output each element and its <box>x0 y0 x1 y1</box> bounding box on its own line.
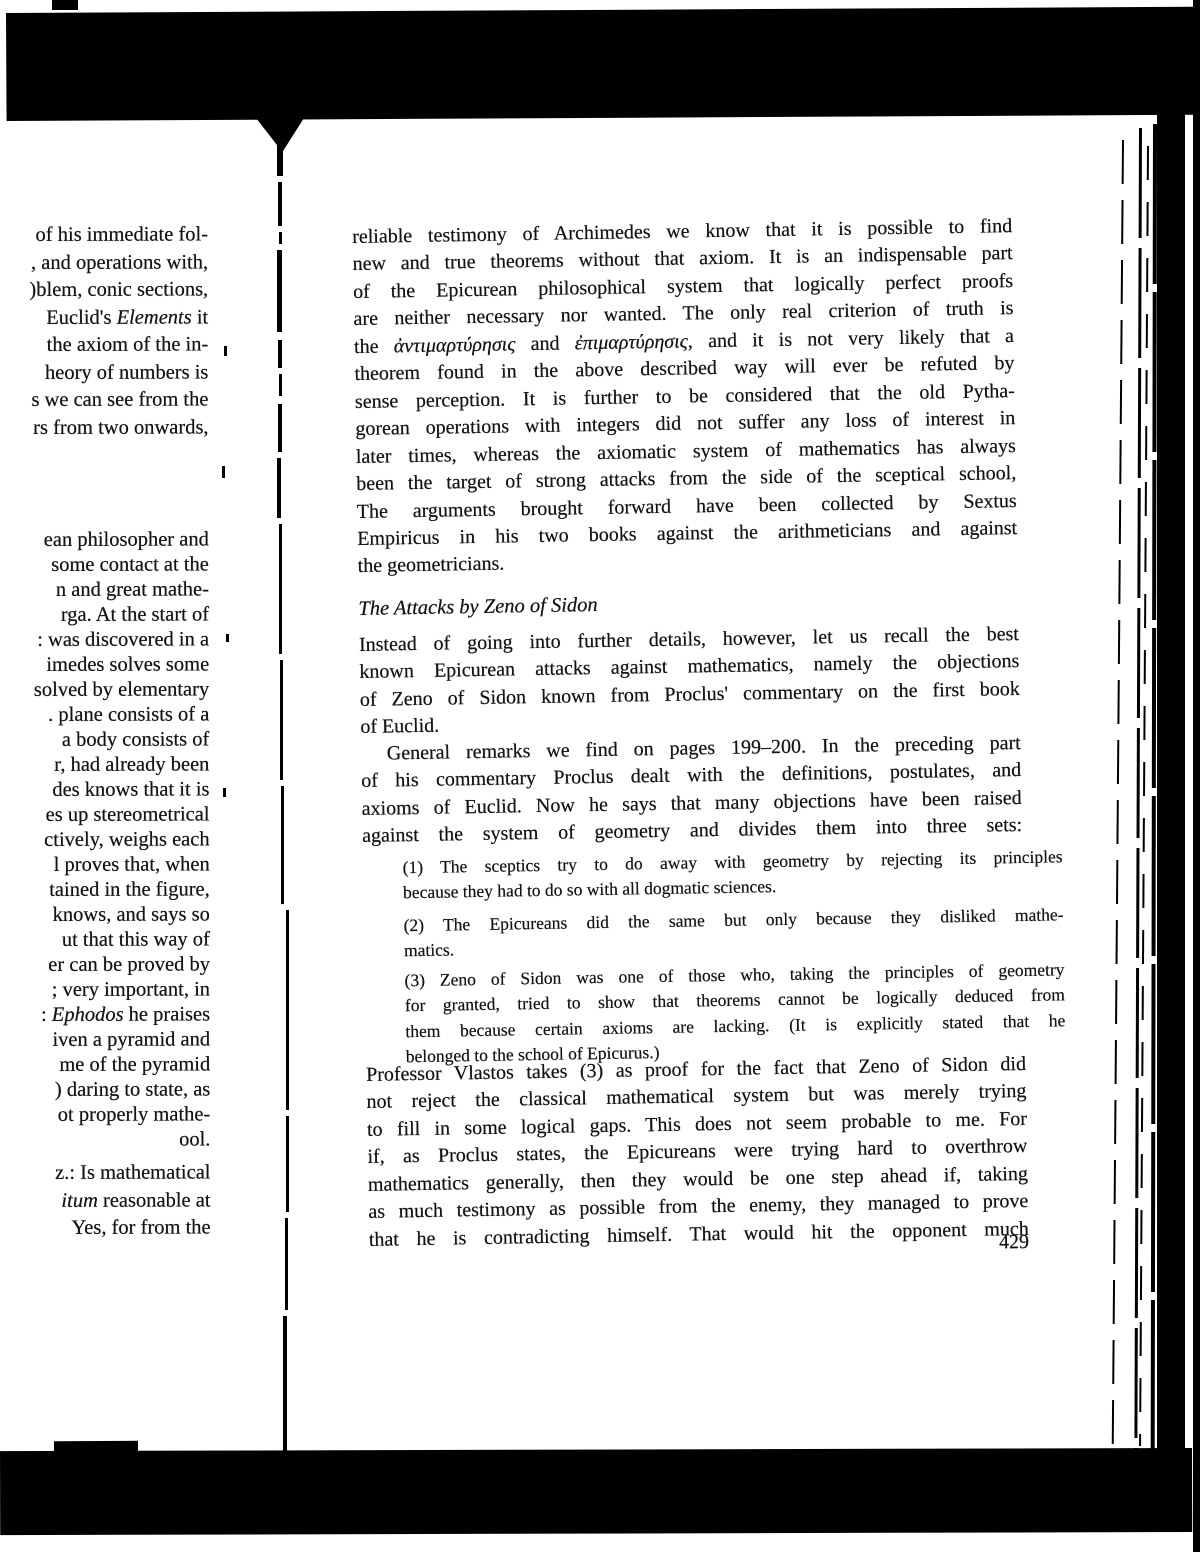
text-line: : was discovered in a <box>1 627 209 653</box>
spine-segment <box>281 786 284 904</box>
spine-segment <box>279 374 282 396</box>
text-line: ot properly mathe- <box>2 1102 210 1128</box>
text-line: Euclid's Elements it <box>0 304 208 332</box>
text-line: me of the pyramid <box>2 1052 210 1078</box>
left-text-block: ean philosopher andsome contact at then … <box>1 527 211 1153</box>
gutter-mark <box>224 346 227 356</box>
gutter-mark <box>222 466 225 478</box>
gutter-mark <box>226 634 229 642</box>
spine-segment <box>286 1116 289 1212</box>
spine-segment <box>277 250 282 332</box>
italic-text: Elements <box>117 306 192 328</box>
text-line: es up stereometrical <box>2 802 210 828</box>
text-segment: : <box>41 1004 52 1026</box>
italic-text: Ephodos <box>52 1004 124 1026</box>
text-segment: Euclid's <box>46 306 116 328</box>
text-line: des knows that it is <box>1 777 209 803</box>
spine-segment <box>286 910 289 1110</box>
spine-segment <box>277 122 283 176</box>
text-line: ut that this way of <box>2 927 210 953</box>
spine-segment <box>280 660 283 780</box>
spine-segment <box>279 232 282 244</box>
text-segment: the <box>354 335 394 358</box>
text-line: tained in the figure, <box>2 877 210 903</box>
text-line: l proves that, when <box>2 852 210 878</box>
top-edge-mark <box>52 0 78 10</box>
right-scan-edge-strip <box>1193 0 1200 1552</box>
paragraph: reliable testimony of Archimedes we know… <box>352 213 1018 581</box>
text-line: ) daring to state, as <box>2 1077 210 1103</box>
text-line: a body consists of <box>1 727 209 753</box>
numbered-list-item: (1) The sceptics try to do away with geo… <box>402 844 1063 906</box>
text-line: . plane consists of a <box>1 702 209 728</box>
italic-text: ἐπιμαρτύρησις <box>575 330 688 354</box>
left-text-block: of his immediate fol-, and operations wi… <box>0 221 209 442</box>
spine-segment <box>285 1218 288 1310</box>
text-line: iven a pyramid and <box>2 1027 210 1053</box>
text-line: : Ephodos he praises <box>2 1002 210 1028</box>
italic-text: itum <box>61 1189 98 1211</box>
text-line: n and great mathe- <box>1 577 209 603</box>
paragraph: Instead of going into further details, h… <box>359 621 1021 742</box>
book-scan: { "page_number": "429", "left_column": {… <box>0 0 1200 1552</box>
spine-segment <box>279 524 282 654</box>
text-segment: reasonable at <box>98 1189 211 1211</box>
text-line: the axiom of the in- <box>0 331 208 359</box>
text-line: rga. At the start of <box>1 602 209 628</box>
text-line: solved by elementary <box>1 677 209 703</box>
text-line: )blem, conic sections, <box>0 276 208 304</box>
italic-text: ἀντιμαρτύρησις <box>394 333 516 357</box>
text-line: heory of numbers is <box>0 359 208 387</box>
numbered-list-item: (2) The Epicureans did the same but only… <box>403 902 1064 964</box>
paragraph: General remarks we find on pages 199–200… <box>361 730 1023 851</box>
section-heading: The Attacks by Zeno of Sidon <box>358 585 1018 623</box>
page-edge-line <box>1112 140 1124 1448</box>
gutter-mark <box>223 788 226 797</box>
text-line: imedes solves some <box>1 652 209 678</box>
text-line: ean philosopher and <box>1 527 209 553</box>
paragraph: Professor Vlastos takes (3) as proof for… <box>366 1051 1029 1254</box>
text-line: ; very important, in <box>2 977 210 1003</box>
text-segment: , and it is not very likely that a <box>688 325 1014 352</box>
right-page-edge-band <box>1157 36 1185 1530</box>
text-line: ctively, weighs each <box>2 827 210 853</box>
text-line: rs from two onwards, <box>1 414 209 442</box>
spine-segment <box>278 404 282 452</box>
text-line: itum reasonable at <box>3 1187 211 1215</box>
text-line: s we can see from the <box>0 386 208 414</box>
spine-segment <box>277 458 281 518</box>
top-scan-bar <box>6 7 1200 121</box>
bottom-scan-bar <box>0 1448 1192 1535</box>
text-line: z.: Is mathematical <box>2 1159 210 1187</box>
right-page-text: reliable testimony of Archimedes we know… <box>352 213 1012 224</box>
spine-segment <box>283 1316 287 1452</box>
text-line: knows, and says so <box>2 902 210 928</box>
left-page-fragment: of his immediate fol-, and operations wi… <box>0 221 208 222</box>
text-segment: he praises <box>124 1003 211 1025</box>
spine-segment <box>278 340 282 368</box>
text-line: of his immediate fol- <box>0 221 208 249</box>
text-line: er can be proved by <box>2 952 210 978</box>
text-line: some contact at the <box>1 552 209 578</box>
text-line: r, had already been <box>1 752 209 778</box>
spine-segment <box>278 182 282 226</box>
text-segment: it <box>192 306 209 328</box>
text-line: ool. <box>2 1127 210 1153</box>
text-line: Yes, for from the <box>3 1214 211 1242</box>
text-segment: and <box>515 332 575 355</box>
bottom-edge-mark <box>54 1441 138 1453</box>
left-text-block: z.: Is mathematicalitum reasonable atYes… <box>2 1159 210 1242</box>
text-line: , and operations with, <box>0 249 208 277</box>
